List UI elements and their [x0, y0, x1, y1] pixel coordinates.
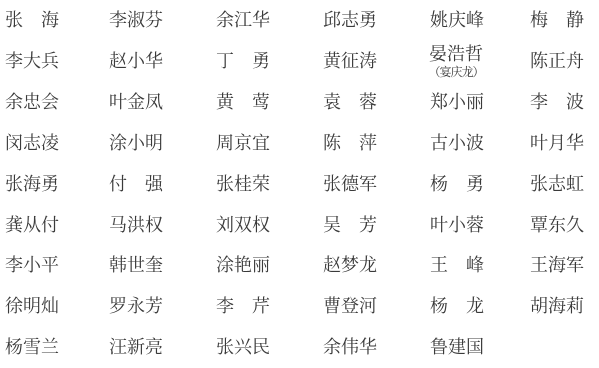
name-text: 刘双权 — [216, 216, 270, 234]
name-text: 曹登河 — [323, 297, 377, 315]
name-cell: 叶金凤 — [109, 82, 216, 123]
name-text: 赵梦龙 — [323, 256, 377, 274]
name-cell: 杨龙 — [430, 286, 530, 327]
name-list-page: 张海李淑芬余江华邱志勇姚庆峰梅静李大兵赵小华丁勇黄征涛晏浩哲（宴庆龙）陈正舟余忠… — [0, 0, 599, 368]
name-cell: 徐明灿 — [0, 286, 109, 327]
name-cell: 张海 — [0, 0, 109, 41]
name-cell: 邱志勇 — [323, 0, 430, 41]
name-text: 叶金凤 — [109, 93, 163, 111]
name-text: 覃东久 — [530, 216, 584, 234]
alias-text: （宴庆龙） — [428, 66, 483, 78]
name-cell: 李波 — [530, 82, 599, 123]
name-cell: 涂小明 — [109, 123, 216, 164]
name-text: 余伟华 — [323, 338, 377, 356]
name-text: 付强 — [109, 175, 163, 193]
name-text: 张海 — [5, 11, 59, 29]
name-cell: 闵志凌 — [0, 123, 109, 164]
name-cell: 胡海莉 — [530, 286, 599, 327]
name-cell: 周京宜 — [216, 123, 323, 164]
name-text: 王海军 — [530, 256, 584, 274]
name-text: 陈正舟 — [530, 52, 584, 70]
name-cell: 李大兵 — [0, 41, 109, 82]
name-cell: 张兴民 — [216, 327, 323, 368]
name-cell: 王海军 — [530, 245, 599, 286]
name-cell: 涂艳丽 — [216, 245, 323, 286]
name-text: 邱志勇 — [323, 11, 377, 29]
name-cell: 赵梦龙 — [323, 245, 430, 286]
name-cell: 李淑芬 — [109, 0, 216, 41]
name-cell: 陈正舟 — [530, 41, 599, 82]
name-cell: 陈萍 — [323, 123, 430, 164]
name-text: 张志虹 — [530, 175, 584, 193]
name-cell: 黄征涛 — [323, 41, 430, 82]
name-cell: 张德军 — [323, 163, 430, 204]
name-cell: 余江华 — [216, 0, 323, 41]
name-text: 韩世奎 — [109, 256, 163, 274]
name-cell: 刘双权 — [216, 204, 323, 245]
name-text: 李芹 — [216, 297, 270, 315]
name-text: 袁蓉 — [323, 93, 377, 111]
name-text: 杨龙 — [430, 297, 484, 315]
name-cell: 丁勇 — [216, 41, 323, 82]
name-text: 涂小明 — [109, 134, 163, 152]
name-cell: 杨勇 — [430, 163, 530, 204]
name-text: 黄征涛 — [323, 52, 377, 70]
name-text: 龚从付 — [5, 216, 59, 234]
name-text: 胡海莉 — [530, 297, 584, 315]
name-text: 马洪权 — [109, 216, 163, 234]
name-text: 余江华 — [216, 11, 270, 29]
name-cell: 赵小华 — [109, 41, 216, 82]
name-cell: 张桂荣 — [216, 163, 323, 204]
name-cell: 梅静 — [530, 0, 599, 41]
name-text: 张桂荣 — [216, 175, 270, 193]
name-text: 古小波 — [430, 134, 484, 152]
name-text: 闵志凌 — [5, 134, 59, 152]
name-text: 姚庆峰 — [430, 11, 484, 29]
name-cell: 吴芳 — [323, 204, 430, 245]
name-cell: 袁蓉 — [323, 82, 430, 123]
name-cell: 龚从付 — [0, 204, 109, 245]
name-cell — [530, 327, 599, 368]
name-cell: 余忠会 — [0, 82, 109, 123]
name-text: 吴芳 — [323, 216, 377, 234]
name-text: 黄莺 — [216, 93, 270, 111]
name-text: 徐明灿 — [5, 297, 59, 315]
name-cell: 姚庆峰 — [430, 0, 530, 41]
name-with-alias: 晏浩哲（宴庆龙） — [416, 45, 496, 78]
name-cell: 马洪权 — [109, 204, 216, 245]
name-cell: 覃东久 — [530, 204, 599, 245]
name-text: 周京宜 — [216, 134, 270, 152]
name-text: 杨勇 — [430, 175, 484, 193]
name-cell: 晏浩哲（宴庆龙） — [430, 41, 530, 82]
name-cell: 叶月华 — [530, 123, 599, 164]
name-text: 李波 — [530, 93, 584, 111]
name-cell: 鲁建国 — [430, 327, 530, 368]
name-text: 张德军 — [323, 175, 377, 193]
name-text: 杨雪兰 — [5, 338, 59, 356]
name-cell: 黄莺 — [216, 82, 323, 123]
name-text: 赵小华 — [109, 52, 163, 70]
name-text: 叶月华 — [530, 134, 584, 152]
name-cell: 罗永芳 — [109, 286, 216, 327]
name-cell: 郑小丽 — [430, 82, 530, 123]
name-text: 汪新亮 — [109, 338, 163, 356]
name-cell: 张志虹 — [530, 163, 599, 204]
name-cell: 张海勇 — [0, 163, 109, 204]
name-text: 张海勇 — [5, 175, 59, 193]
name-cell: 杨雪兰 — [0, 327, 109, 368]
name-text: 李大兵 — [5, 52, 59, 70]
name-text: 罗永芳 — [109, 297, 163, 315]
name-text: 李小平 — [5, 256, 59, 274]
name-text: 余忠会 — [5, 93, 59, 111]
name-text: 丁勇 — [216, 52, 270, 70]
name-cell: 李小平 — [0, 245, 109, 286]
name-text: 梅静 — [530, 11, 584, 29]
name-text: 张兴民 — [216, 338, 270, 356]
name-cell: 韩世奎 — [109, 245, 216, 286]
name-text: 涂艳丽 — [216, 256, 270, 274]
name-cell: 汪新亮 — [109, 327, 216, 368]
name-text: 叶小蓉 — [430, 216, 484, 234]
name-text: 鲁建国 — [430, 338, 484, 356]
name-text: 郑小丽 — [430, 93, 484, 111]
name-text: 晏浩哲 — [429, 45, 483, 63]
name-cell: 曹登河 — [323, 286, 430, 327]
name-cell: 余伟华 — [323, 327, 430, 368]
name-text: 李淑芬 — [109, 11, 163, 29]
name-cell: 付强 — [109, 163, 216, 204]
name-cell: 古小波 — [430, 123, 530, 164]
name-list-grid: 张海李淑芬余江华邱志勇姚庆峰梅静李大兵赵小华丁勇黄征涛晏浩哲（宴庆龙）陈正舟余忠… — [0, 0, 599, 368]
name-cell: 李芹 — [216, 286, 323, 327]
name-text: 陈萍 — [323, 134, 377, 152]
name-cell: 叶小蓉 — [430, 204, 530, 245]
name-cell: 王峰 — [430, 245, 530, 286]
name-text: 王峰 — [430, 256, 484, 274]
